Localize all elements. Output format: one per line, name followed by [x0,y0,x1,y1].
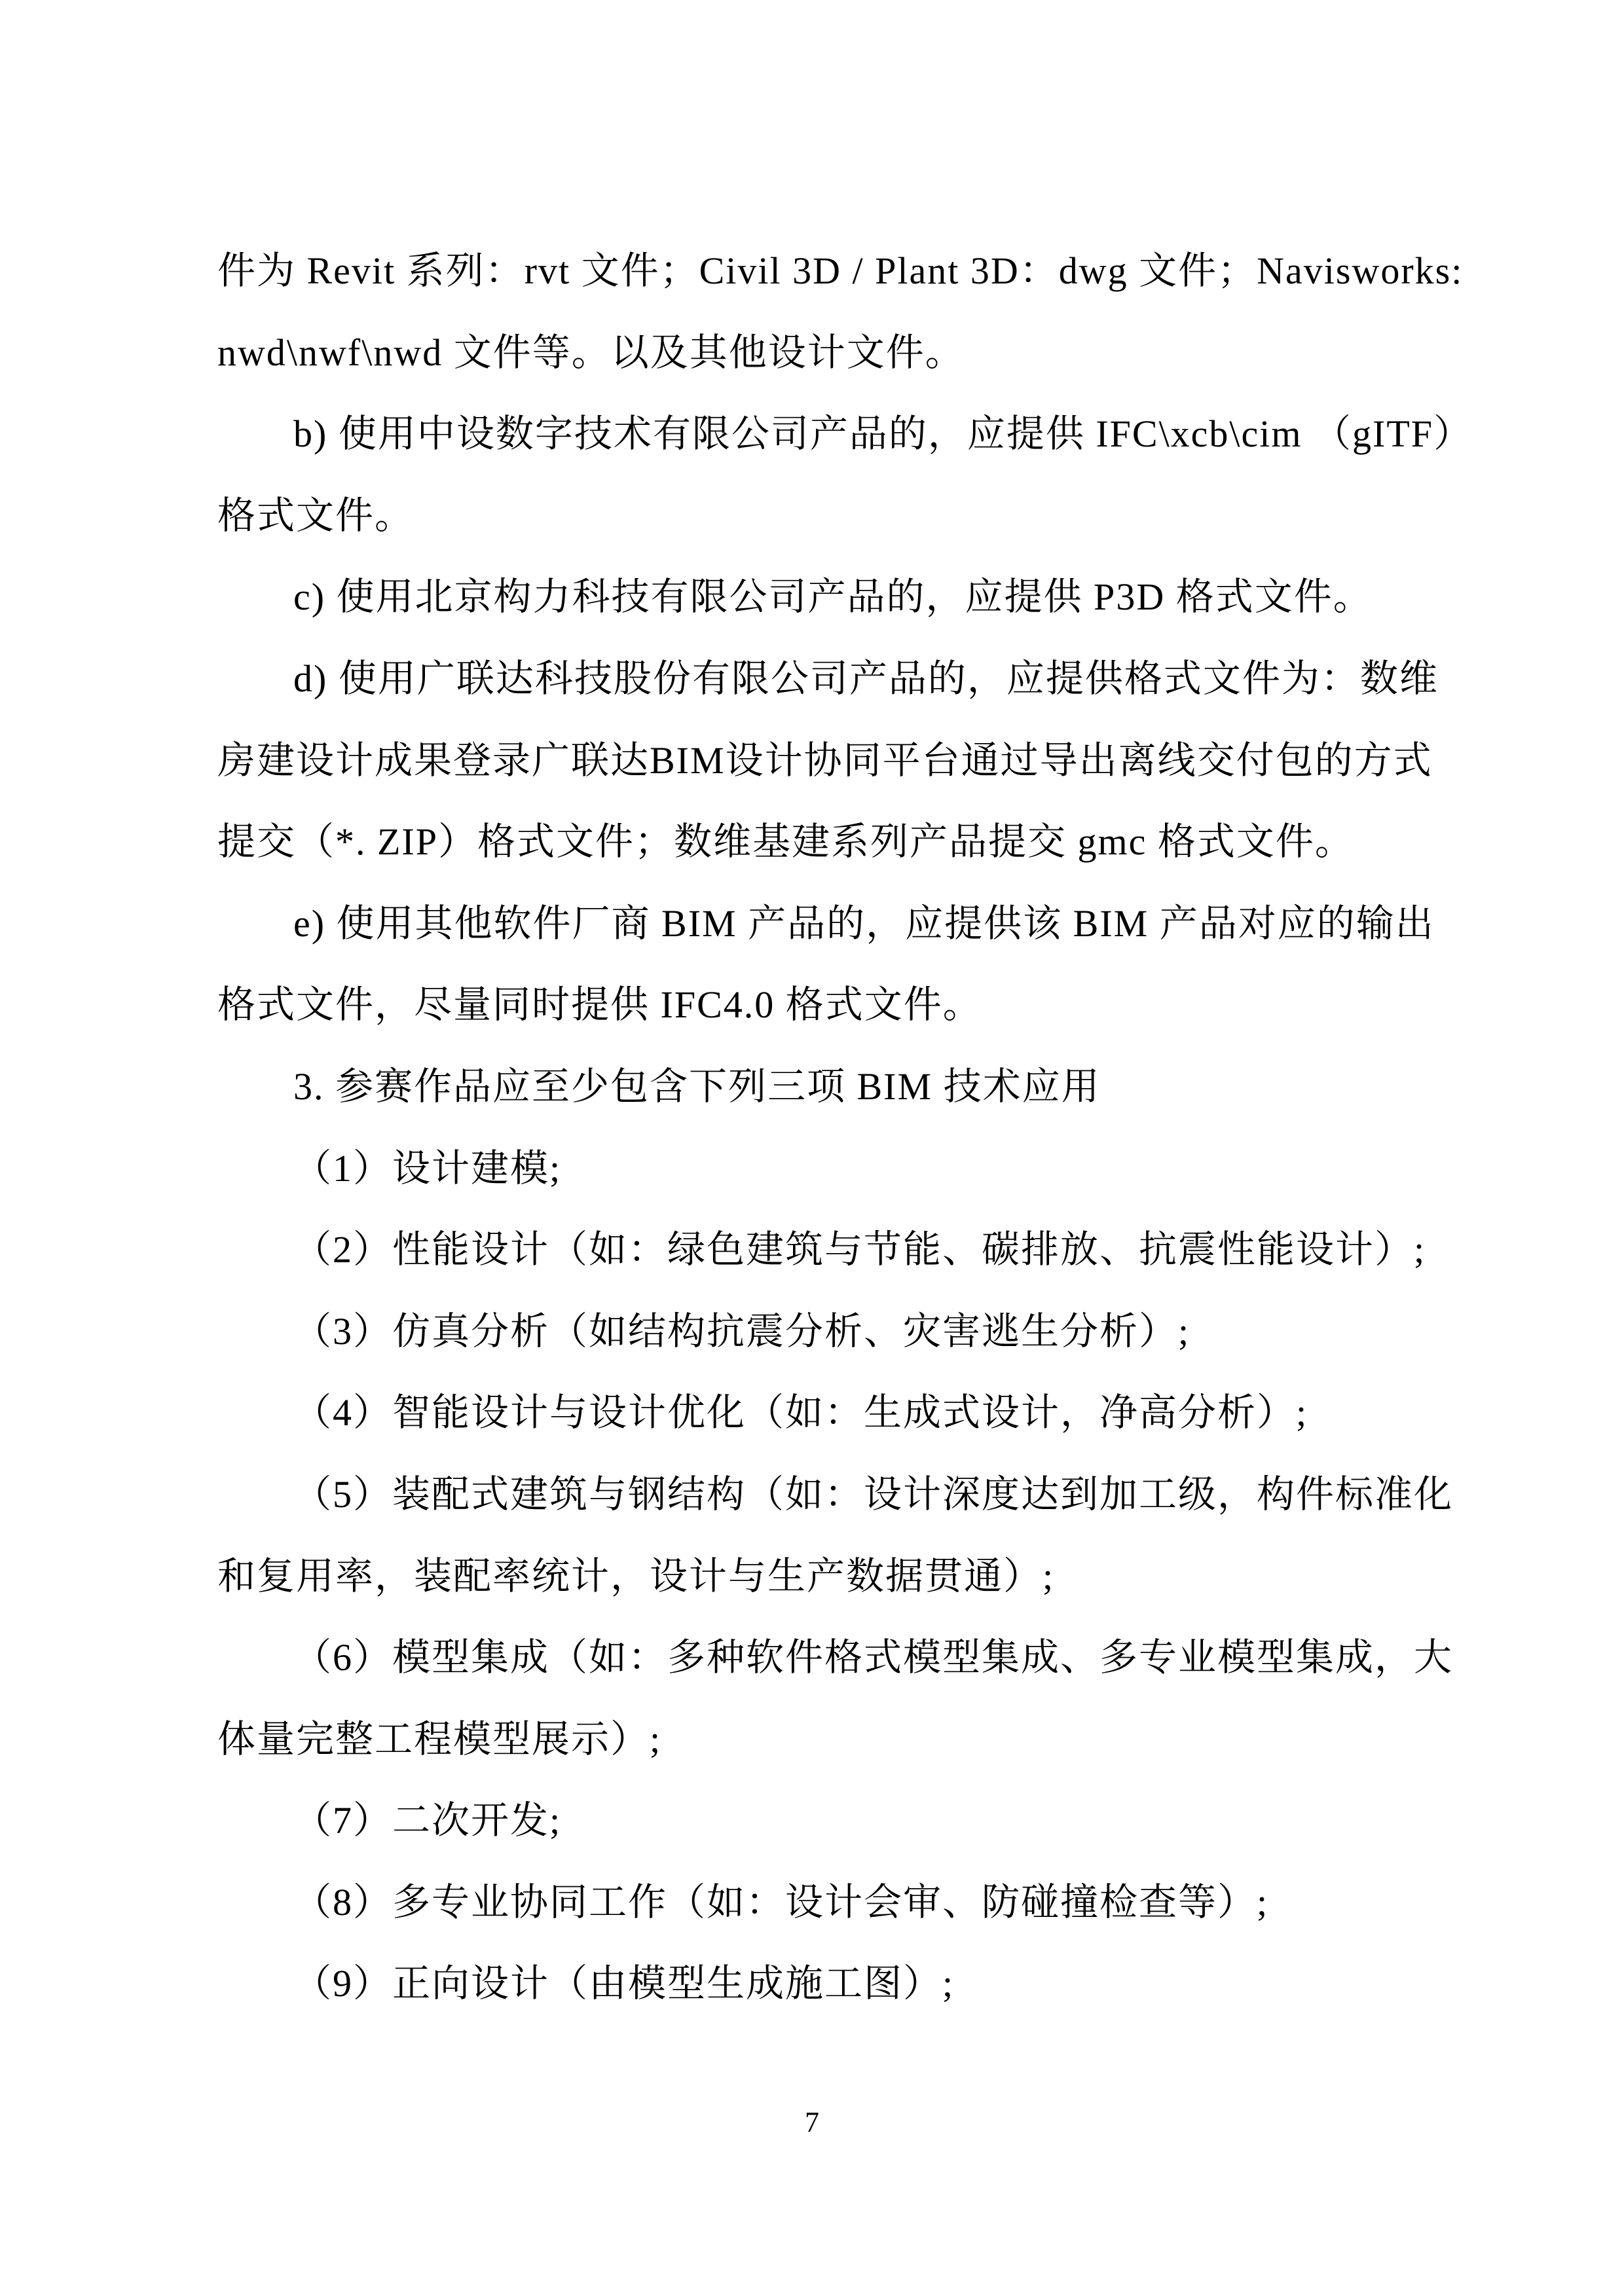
paragraph-line-file-formats-revit: 件为 Revit 系列：rvt 文件；Civil 3D / Plant 3D：d… [217,230,1399,312]
item-d-line-3: 提交（*. ZIP）格式文件；数维基建系列产品提交 gmc 格式文件。 [217,801,1399,883]
list-item-9: （9）正向设计（由模型生成施工图）; [217,1943,1399,2025]
item-b-line-1: b) 使用中设数字技术有限公司产品的，应提供 IFC\xcb\cim （gITF… [217,393,1399,475]
page-number: 7 [0,2103,1624,2142]
list-item-5-line-1: （5）装配式建筑与钢结构（如：设计深度达到加工级，构件标准化 [217,1454,1399,1536]
list-item-6-line-1: （6）模型集成（如：多种软件格式模型集成、多专业模型集成，大 [217,1617,1399,1699]
list-item-5-line-2: 和复用率，装配率统计，设计与生产数据贯通）; [217,1536,1399,1618]
item-c: c) 使用北京构力科技有限公司产品的，应提供 P3D 格式文件。 [217,556,1399,638]
list-item-8: （8）多专业协同工作（如：设计会审、防碰撞检查等）; [217,1862,1399,1944]
document-body: 件为 Revit 系列：rvt 文件；Civil 3D / Plant 3D：d… [217,230,1399,2025]
item-e-line-1: e) 使用其他软件厂商 BIM 产品的，应提供该 BIM 产品对应的输出 [217,883,1399,965]
list-item-2: （2）性能设计（如：绿色建筑与节能、碳排放、抗震性能设计）; [217,1209,1399,1291]
section-3-heading: 3. 参赛作品应至少包含下列三项 BIM 技术应用 [217,1046,1399,1128]
item-b-line-2: 格式文件。 [217,475,1399,557]
paragraph-line-file-formats-navisworks: nwd\nwf\nwd 文件等。以及其他设计文件。 [217,312,1399,394]
list-item-1: （1）设计建模; [217,1128,1399,1210]
list-item-4: （4）智能设计与设计优化（如：生成式设计，净高分析）; [217,1372,1399,1454]
item-d-line-1: d) 使用广联达科技股份有限公司产品的，应提供格式文件为：数维 [217,638,1399,720]
item-d-line-2: 房建设计成果登录广联达BIM设计协同平台通过导出离线交付包的方式 [217,720,1399,802]
list-item-6-line-2: 体量完整工程模型展示）; [217,1699,1399,1781]
item-e-line-2: 格式文件，尽量同时提供 IFC4.0 格式文件。 [217,964,1399,1046]
list-item-7: （7）二次开发; [217,1780,1399,1862]
list-item-3: （3）仿真分析（如结构抗震分析、灾害逃生分析）; [217,1291,1399,1373]
